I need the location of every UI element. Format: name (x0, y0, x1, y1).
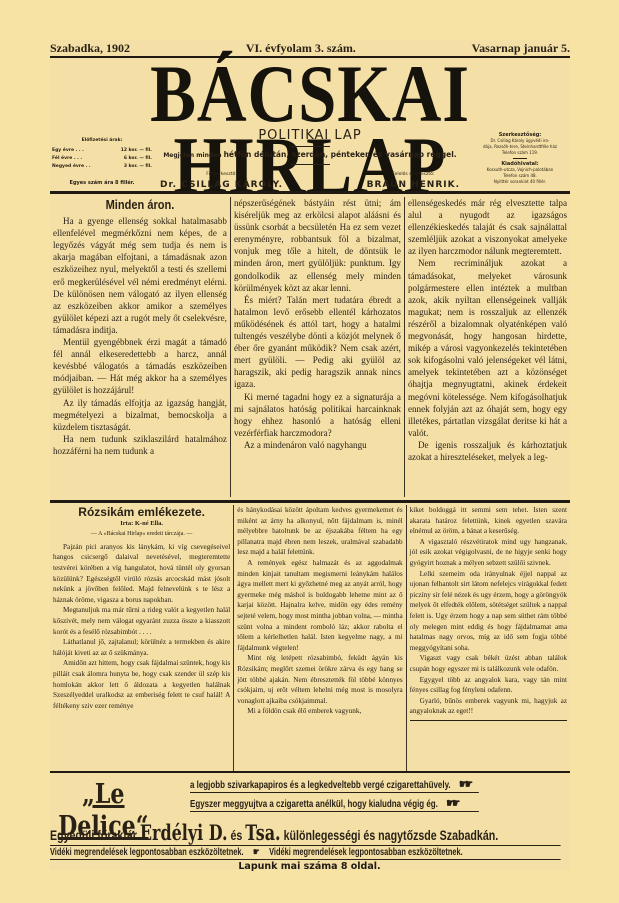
paragraph: Pajzán pici aranyos kis lánykám, ki víg … (53, 542, 230, 606)
paragraph: Az ily támadás elfojtja az igazság hangj… (53, 397, 227, 433)
ad-sub-text: Vidéki megrendelések legpontosabban eszk… (269, 847, 463, 858)
paragraph: Mint rég letépett rózsabimbó, feküdt ágy… (237, 653, 402, 706)
newspaper-subtitle: POLITIKAI LAP (200, 128, 420, 143)
pointing-hand-icon: ☛ (253, 847, 260, 858)
paragraph: Egygyel több az angyalok kara, vagy tán … (410, 675, 567, 696)
price-value: 3 kor. — fil. (124, 163, 152, 171)
ad-main-prefix: Egyedüli főraktár (50, 827, 137, 843)
ad-main-line: Egyedüli főraktár Erdélyi D. és Tsa. kül… (50, 820, 567, 845)
column-1: Rózsikám emlékezete. Irta: K-né Ella. — … (50, 505, 234, 773)
schedule-days: hétfőn délután, szerdán, pénteken és vas… (224, 150, 457, 159)
price-row: Egy évre . . . 12 kor. — fil. (52, 147, 152, 155)
price-period: Negyed évre . . (52, 163, 91, 171)
publication-schedule: Megjelen minden hétfőn délután, szerdán,… (155, 150, 465, 159)
subscription-prices: Előfizetési árak: Egy évre . . . 12 kor.… (52, 137, 152, 187)
article-note: — A »Bácskai Hirlap« eredeti tárczája. — (53, 529, 230, 540)
paragraph: Az a mindenáron való nagyhangu (234, 439, 401, 451)
ad-text: a legjobb szivarkapapiros és a legkedvel… (190, 779, 451, 791)
paragraph: ellenségeskedés már rég elvesztette talp… (408, 197, 567, 257)
divider (290, 146, 330, 147)
newspaper-title: BÁCSKAI HIRLAP (92, 58, 529, 130)
paragraph: De igenis rosszaljuk és kárhoztatjuk azo… (408, 439, 567, 463)
price-row: Fél évre . . . 6 kor. — fil. (52, 155, 152, 163)
place-year: Szabadka, 1902 (50, 41, 130, 56)
price-value: 6 kor. — fil. (124, 155, 152, 163)
responsible-editor: Felelős szerkesztő: BRAUN HENRIK. (367, 172, 460, 190)
editor-in-chief: Főszerkesztő: Dr. CSILLAG KÁROLY. (160, 172, 283, 190)
paragraph: A remények egész halmazát és az aggodalm… (237, 558, 402, 653)
column-3: kiket boldoggá itt semmi sem tehet. Iste… (407, 505, 570, 773)
section-rule (50, 500, 570, 503)
article-rozsikam-emlekezete: Rózsikám emlékezete. Irta: K-né Ella. — … (50, 505, 570, 773)
paragraph: Gyarló, bűnös emberek vagyunk mi, hagyju… (410, 696, 567, 717)
price-period: Egy évre . . . (52, 147, 84, 155)
pointing-hand-icon: ☛☛ (446, 796, 458, 810)
paragraph: Láthatlanul jő, zajtalanul; körülnéz a t… (53, 637, 230, 658)
ad-company-name: Erdélyi D. (140, 820, 228, 845)
column-1: Minden áron. Ha a gyenge ellenség sokkal… (50, 197, 231, 497)
ad-main-suffix: különlegességi és nagytőzsde Szabadkán. (284, 827, 499, 843)
editor-name: BRAUN HENRIK. (367, 180, 460, 190)
ad-line-1: a legjobb szivarkapapiros és a legkedvel… (190, 777, 479, 793)
article-title: Rózsikám emlékezete. (53, 507, 230, 518)
article-byline: Irta: K-né Ella. (53, 519, 230, 530)
editor-role: Felelős szerkesztő: (367, 172, 460, 177)
article-minden-aron: Minden áron. Ha a gyenge ellenség sokkal… (50, 197, 570, 497)
paragraph: és hánykodásai között ápoltam kedves gye… (237, 505, 402, 558)
paragraph: népszerűségének bástyáin rést ütni; ám k… (234, 197, 401, 294)
divider (290, 164, 330, 165)
single-copy-price: Egyes szám ára 8 fillér. (52, 179, 152, 187)
newspaper-page: Szabadka, 1902 VI. évfyolam 3. szám. Vas… (50, 40, 570, 870)
paragraph: Ha nem tudunk sziklaszilárd hatalmához h… (53, 433, 227, 457)
column-2: és hánykodásai között ápoltam kedves gye… (234, 505, 406, 773)
paragraph: Mi a földön csak élő emberek vagyunk, (237, 706, 402, 717)
article-end-rule (410, 720, 567, 721)
column-3: ellenségeskedés már rég elvesztette talp… (405, 197, 570, 497)
header-rule (50, 191, 570, 194)
price-value: 12 kor. — fil. (121, 147, 152, 155)
column-2: népszerűségének bástyáin rést ütni; ám k… (231, 197, 405, 497)
ad-and: és (231, 827, 243, 843)
office-info: Szerkesztőség: Dr. Csillag Károly ügyvéd… (470, 132, 570, 185)
advertisement: „Le Delice“ a legjobb szivarkapapiros és… (50, 771, 570, 873)
ad-sub-line: Vidéki megrendelések legpontosabban eszk… (50, 845, 561, 860)
paragraph: Nem recrimináljuk azokat a támadásokat, … (408, 257, 567, 438)
page-count-note: Lapunk mai száma 8 oldal. (0, 861, 619, 872)
prices-heading: Előfizetési árak: (52, 137, 152, 145)
paragraph: kiket boldoggá itt semmi sem tehet. Iste… (410, 505, 567, 537)
ad-line-2: Egyszer meggyujtva a czigaretta anélkül,… (190, 796, 479, 812)
ad-text: Egyszer meggyujtva a czigaretta anélkül,… (190, 798, 438, 810)
article-title: Minden áron. (66, 199, 214, 211)
issue-date: Vasarnap január 5. (472, 41, 570, 56)
paragraph: Megtanuljuk ma már tűrni a rideg valót a… (53, 605, 230, 637)
price-period: Fél évre . . . (52, 155, 82, 163)
office-line: Nyilttér sorankint 40 fillér. (470, 179, 570, 185)
ad-company-suffix: Tsa. (245, 820, 280, 845)
price-row: Negyed évre . . 3 kor. — fil. (52, 163, 152, 171)
paragraph: Mentül gyengébbnek érzi magát a támadó f… (53, 336, 227, 396)
paragraph: Amidőn azt hittem, hogy csak fájdalmai s… (53, 658, 230, 711)
paragraph: És miért? Talán mert tudatára ébredt a h… (234, 294, 401, 391)
schedule-prefix: Megjelen minden (163, 152, 221, 159)
paragraph: A vigasztaló részvétiratok mind ugy hang… (410, 537, 567, 569)
editors: Főszerkesztő: Dr. CSILLAG KÁROLY. Felelő… (160, 172, 460, 190)
editor-name: Dr. CSILLAG KÁROLY. (160, 180, 283, 190)
paragraph: Ha a gyenge ellenség sokkal hatalmasabb … (53, 215, 227, 336)
editor-role: Főszerkesztő: (160, 172, 283, 177)
divider (513, 158, 527, 159)
paragraph: Vigaszt vagy csak békét üzést abban talá… (410, 653, 567, 674)
paragraph: Lelki szemeim oda irányulnak éjjel nappa… (410, 569, 567, 654)
ad-sub-text: Vidéki megrendelések legpontosabban eszk… (50, 847, 244, 858)
paragraph: Ki merné tagadni hogy ez a signaturája a… (234, 391, 401, 439)
office-line: Telefon szám 119. (470, 150, 570, 156)
pointing-hand-icon: ☛☛ (459, 777, 471, 791)
